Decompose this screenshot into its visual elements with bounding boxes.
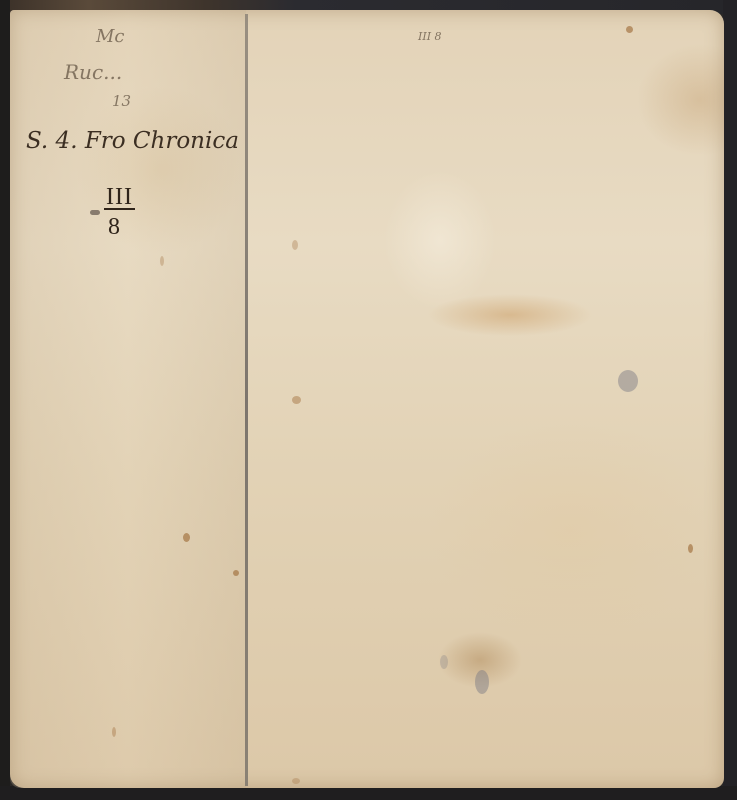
- stain-spot: [688, 544, 693, 553]
- abrasion-mark: [440, 655, 448, 669]
- stain-spot: [292, 778, 300, 784]
- front-cover-mark: III 8: [418, 30, 442, 43]
- shelfmark-roman-numeral: III: [104, 186, 135, 210]
- background-right-edge: [723, 0, 737, 800]
- spine-title: S. 4. Fro Chronica: [26, 128, 239, 154]
- stain-spot: [112, 727, 116, 737]
- abrasion-mark: [475, 670, 489, 694]
- spine-inscription-line2: Ruc...: [64, 60, 122, 84]
- background-bottom-edge: [0, 786, 737, 800]
- stain-spot: [292, 396, 301, 404]
- stain-spot: [626, 26, 633, 33]
- spine-inscription-line3: 13: [112, 92, 131, 110]
- abrasion-mark: [618, 370, 638, 392]
- stain-spot: [233, 570, 239, 576]
- spine-inscription-line1: Mc: [96, 26, 125, 47]
- ink-mark: [90, 210, 100, 215]
- stain-spot: [292, 240, 298, 250]
- stain-spot: [160, 256, 164, 266]
- book-spine: [10, 10, 246, 788]
- spine-hinge-fold: [245, 14, 248, 786]
- stain-spot: [183, 533, 190, 542]
- shelfmark-number: 8: [108, 214, 120, 241]
- background-left-edge: [0, 0, 10, 800]
